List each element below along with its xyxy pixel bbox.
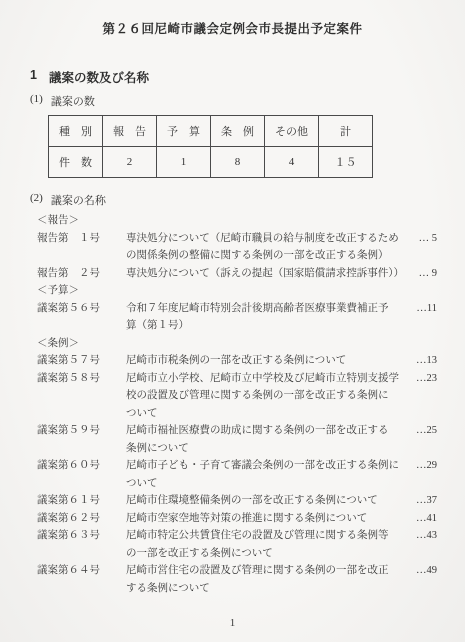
- item-title: 尼崎市営住宅の設置及び管理に関する条例の一部を改正する条例について: [126, 562, 403, 597]
- subsection-number: (1): [30, 93, 43, 109]
- item-page-ref: …37: [403, 492, 437, 510]
- toc: ＜報告＞ 報告第 １号 専決処分について（尼崎市職員の給与制度を改正するための関…: [37, 212, 437, 597]
- item-title-line: 算（第１号）: [126, 317, 403, 335]
- item-bill-number: 議案第５６号: [37, 300, 103, 318]
- item-bill-number: 議案第５７号: [37, 352, 103, 370]
- item-title-line: の一部を改正する条例について: [126, 545, 403, 563]
- item-title-line: 尼崎市住環境整備条例の一部を改正する条例について: [126, 492, 403, 510]
- item-title-line: 専決処分について（訴えの提起（国家賠償請求控訴事件））: [126, 265, 403, 283]
- table-value-cell: １５: [319, 147, 373, 178]
- toc-item: 議案第５７号 尼崎市市税条例の一部を改正する条例について …13: [37, 352, 437, 370]
- item-bill-number: 議案第６４号: [37, 562, 103, 580]
- toc-item: 議案第６１号 尼崎市住環境整備条例の一部を改正する条例について …37: [37, 492, 437, 510]
- item-page-ref: … 5: [403, 230, 437, 248]
- item-bill-number: 議案第５８号: [37, 370, 103, 388]
- item-page-ref: …29: [403, 457, 437, 475]
- item-bill-number: 議案第５９号: [37, 422, 103, 440]
- toc-item: 議案第６０号 尼崎市子ども・子育て審議会条例の一部を改正する条例について …29: [37, 457, 437, 492]
- subsection-count-heading: (1) 議案の数: [30, 93, 465, 109]
- table-value-cell: 8: [211, 147, 265, 178]
- table-header-cell: 報 告: [103, 116, 157, 147]
- item-title: 尼崎市子ども・子育て審議会条例の一部を改正する条例について: [126, 457, 403, 492]
- item-title: 尼崎市福祉医療費の助成に関する条例の一部を改正する条例について: [126, 422, 403, 457]
- item-bill-number: 議案第６１号: [37, 492, 103, 510]
- item-page-ref: …25: [403, 422, 437, 440]
- item-title-line: ついて: [126, 405, 403, 423]
- toc-group-heading: ＜報告＞: [37, 212, 437, 230]
- section-heading: 1 議案の数及び名称: [30, 68, 465, 86]
- section-number: 1: [30, 68, 37, 86]
- section-title: 議案の数及び名称: [49, 68, 149, 86]
- item-page-ref: … 9: [403, 265, 437, 283]
- subsection-names-heading: (2) 議案の名称: [30, 192, 465, 208]
- item-title-line: 尼崎市特定公共賃貸住宅の設置及び管理に関する条例等: [126, 527, 403, 545]
- subsection-title: 議案の数: [51, 93, 95, 109]
- item-title-line: の関係条例の整備に関する条例の一部を改正する条例）: [126, 247, 403, 265]
- item-title-line: 尼崎市子ども・子育て審議会条例の一部を改正する条例に: [126, 457, 403, 475]
- item-title: 専決処分について（訴えの提起（国家賠償請求控訴事件））: [126, 265, 403, 283]
- toc-group-heading: ＜予算＞: [37, 282, 437, 300]
- item-title: 令和７年度尼崎市特別会計後期高齢者医療事業費補正予算（第１号）: [126, 300, 403, 335]
- item-page-ref: …49: [403, 562, 437, 580]
- toc-group-heading: ＜条例＞: [37, 335, 437, 353]
- table-header-cell: 予 算: [157, 116, 211, 147]
- item-title-line: 令和７年度尼崎市特別会計後期高齢者医療事業費補正予: [126, 300, 403, 318]
- subsection-number: (2): [30, 192, 43, 208]
- item-title: 専決処分について（尼崎市職員の給与制度を改正するための関係条例の整備に関する条例…: [126, 230, 403, 265]
- page-number: 1: [0, 617, 465, 629]
- item-page-ref: …11: [403, 300, 437, 318]
- item-bill-number: 報告第 １号: [37, 230, 103, 248]
- item-title-line: ついて: [126, 475, 403, 493]
- item-page-ref: …13: [403, 352, 437, 370]
- table-value-cell: 4: [265, 147, 319, 178]
- item-title-line: 尼崎市立小学校、尼崎市立中学校及び尼崎市立特別支援学: [126, 370, 403, 388]
- item-title: 尼崎市住環境整備条例の一部を改正する条例について: [126, 492, 403, 510]
- item-bill-number: 議案第６０号: [37, 457, 103, 475]
- toc-item: 議案第５９号 尼崎市福祉医療費の助成に関する条例の一部を改正する条例について ……: [37, 422, 437, 457]
- table-value-row: 件 数 2 1 8 4 １５: [49, 147, 373, 178]
- item-title: 尼崎市空家空地等対策の推進に関する条例について: [126, 510, 403, 528]
- toc-item: 報告第 ２号 専決処分について（訴えの提起（国家賠償請求控訴事件）） … 9: [37, 265, 437, 283]
- table-header-cell: 種 別: [49, 116, 103, 147]
- item-title: 尼崎市特定公共賃貸住宅の設置及び管理に関する条例等の一部を改正する条例について: [126, 527, 403, 562]
- subsection-title: 議案の名称: [51, 192, 106, 208]
- item-page-ref: …41: [403, 510, 437, 528]
- item-page-ref: …43: [403, 527, 437, 545]
- toc-item: 報告第 １号 専決処分について（尼崎市職員の給与制度を改正するための関係条例の整…: [37, 230, 437, 265]
- item-title: 尼崎市市税条例の一部を改正する条例について: [126, 352, 403, 370]
- table-value-cell: 2: [103, 147, 157, 178]
- document-page: 第２６回尼崎市議会定例会市長提出予定案件 1 議案の数及び名称 (1) 議案の数…: [0, 0, 465, 642]
- toc-item: 議案第５８号 尼崎市立小学校、尼崎市立中学校及び尼崎市立特別支援学校の設置及び管…: [37, 370, 437, 423]
- item-title-line: 尼崎市市税条例の一部を改正する条例について: [126, 352, 403, 370]
- table-header-cell: 条 例: [211, 116, 265, 147]
- table-value-cell: 1: [157, 147, 211, 178]
- item-title-line: する条例について: [126, 580, 403, 598]
- item-title-line: 尼崎市営住宅の設置及び管理に関する条例の一部を改正: [126, 562, 403, 580]
- toc-item: 議案第５６号 令和７年度尼崎市特別会計後期高齢者医療事業費補正予算（第１号） ……: [37, 300, 437, 335]
- bill-count-table: 種 別 報 告 予 算 条 例 その他 計 件 数 2 1 8 4 １５: [48, 115, 373, 178]
- toc-item: 議案第６２号 尼崎市空家空地等対策の推進に関する条例について …41: [37, 510, 437, 528]
- item-bill-number: 議案第６３号: [37, 527, 103, 545]
- item-title-line: 条例について: [126, 440, 403, 458]
- toc-item: 議案第６４号 尼崎市営住宅の設置及び管理に関する条例の一部を改正する条例について…: [37, 562, 437, 597]
- table-header-cell: 計: [319, 116, 373, 147]
- item-title-line: 尼崎市空家空地等対策の推進に関する条例について: [126, 510, 403, 528]
- table-header-cell: その他: [265, 116, 319, 147]
- item-title-line: 校の設置及び管理に関する条例の一部を改正する条例に: [126, 387, 403, 405]
- item-bill-number: 議案第６２号: [37, 510, 103, 528]
- document-title: 第２６回尼崎市議会定例会市長提出予定案件: [0, 0, 465, 37]
- item-title: 尼崎市立小学校、尼崎市立中学校及び尼崎市立特別支援学校の設置及び管理に関する条例…: [126, 370, 403, 423]
- item-page-ref: …23: [403, 370, 437, 388]
- item-title-line: 専決処分について（尼崎市職員の給与制度を改正するため: [126, 230, 403, 248]
- item-bill-number: 報告第 ２号: [37, 265, 103, 283]
- item-title-line: 尼崎市福祉医療費の助成に関する条例の一部を改正する: [126, 422, 403, 440]
- toc-item: 議案第６３号 尼崎市特定公共賃貸住宅の設置及び管理に関する条例等の一部を改正する…: [37, 527, 437, 562]
- table-value-cell: 件 数: [49, 147, 103, 178]
- table-header-row: 種 別 報 告 予 算 条 例 その他 計: [49, 116, 373, 147]
